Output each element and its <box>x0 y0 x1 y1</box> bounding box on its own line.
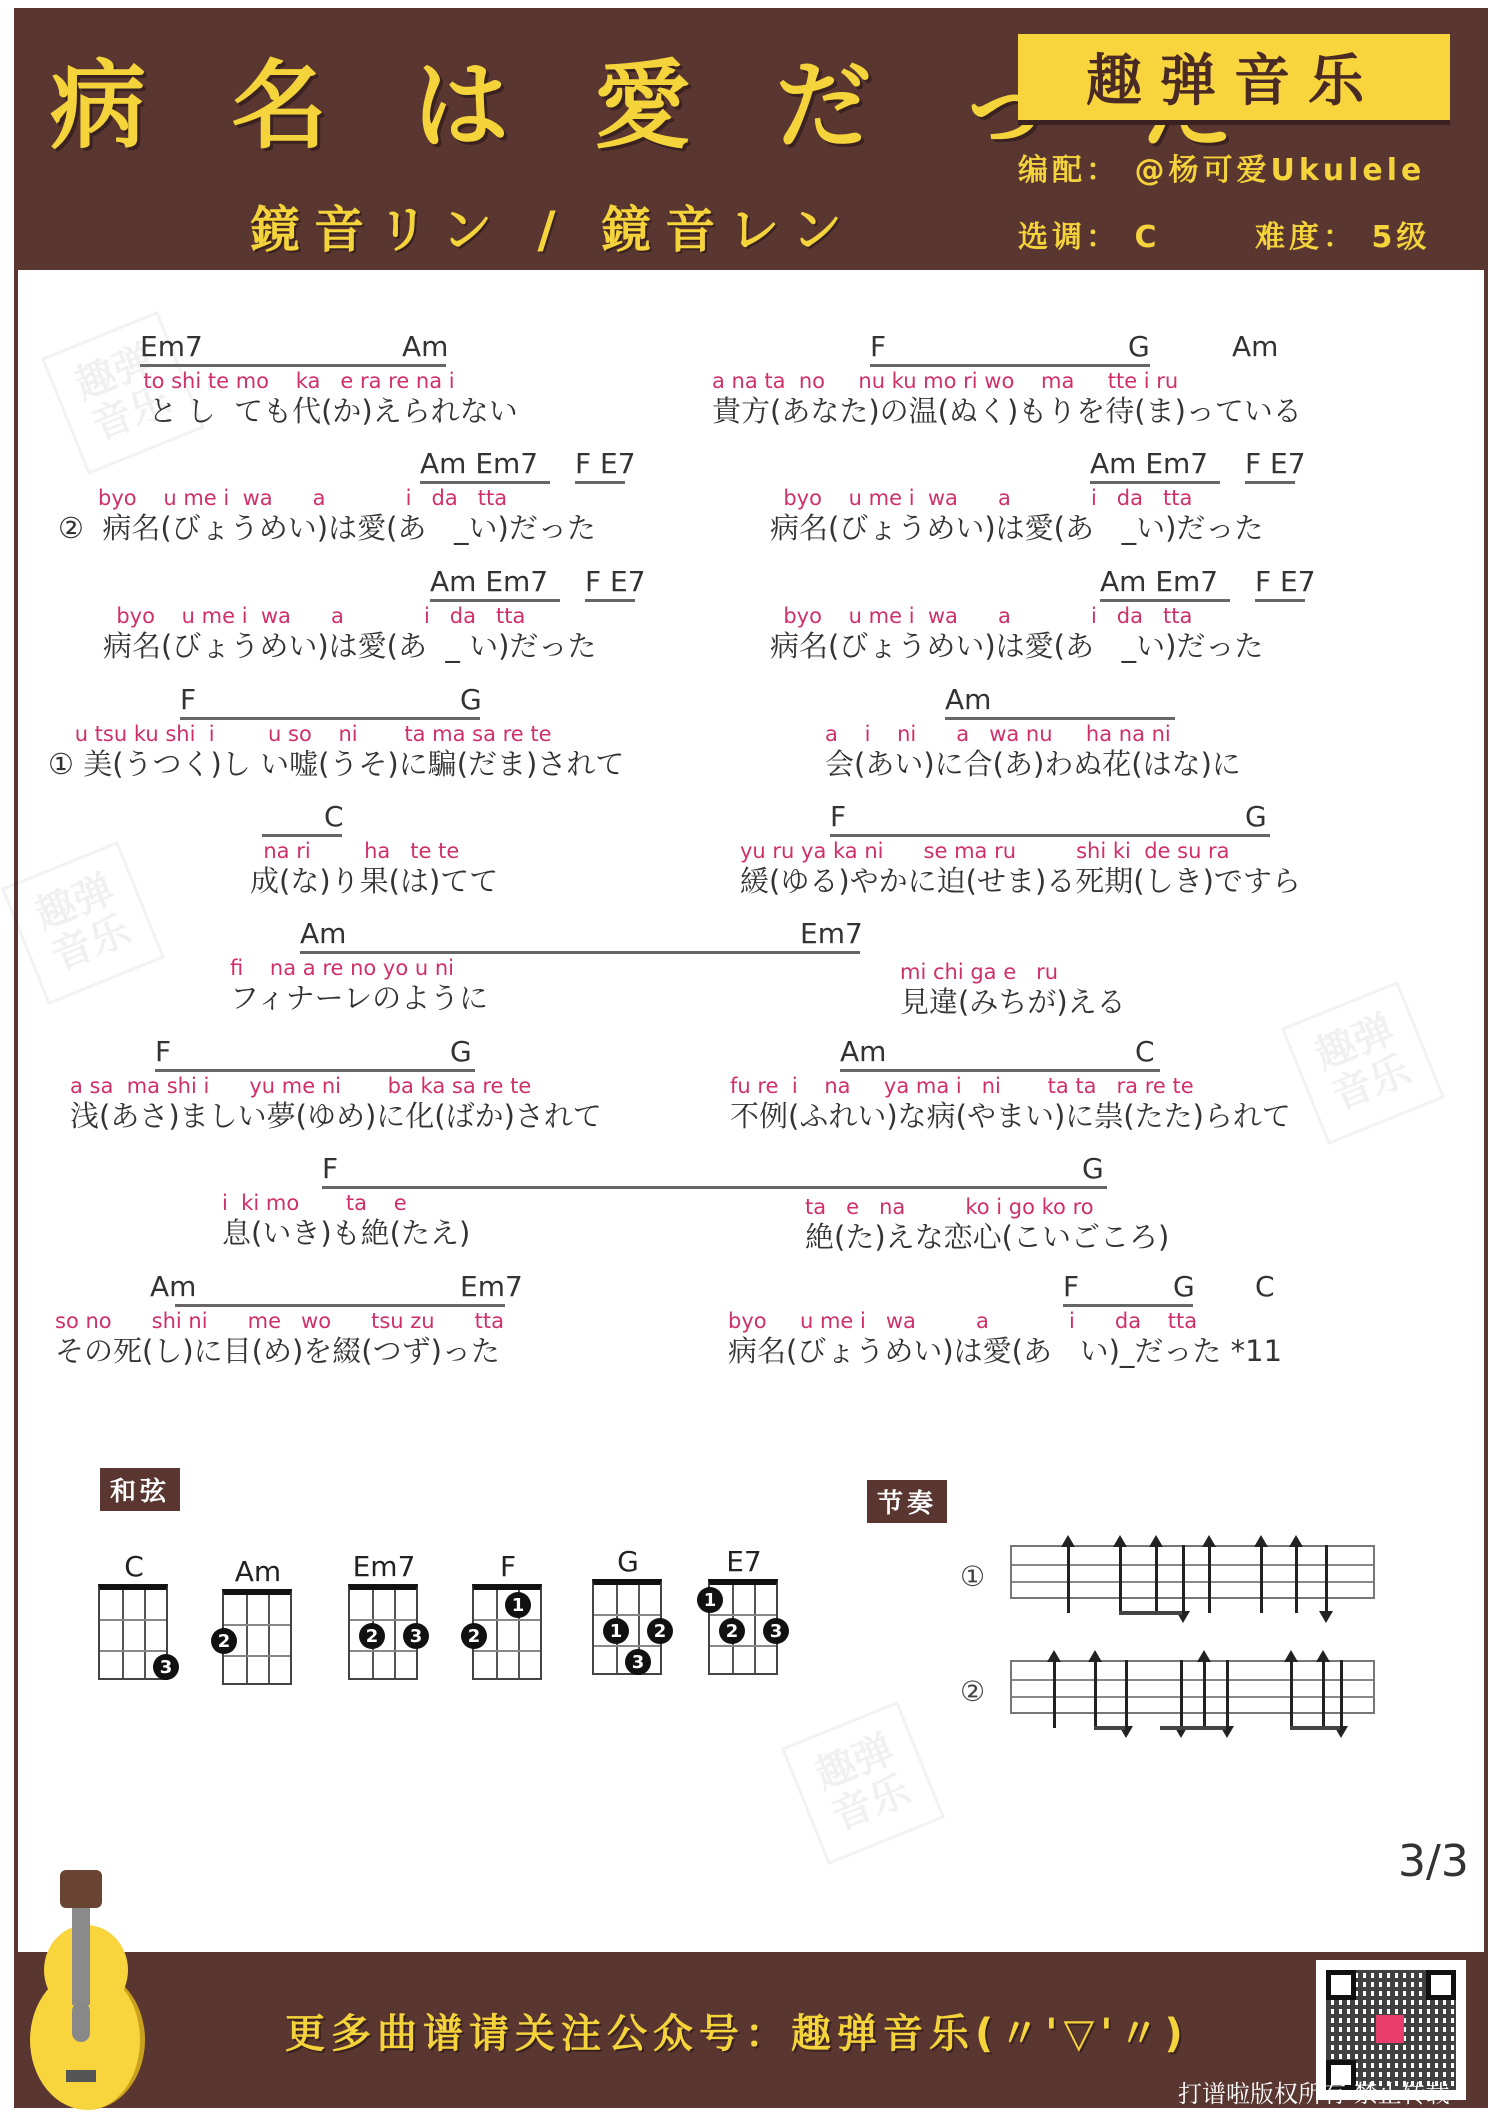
string-line <box>496 1590 498 1678</box>
chord-symbol: C <box>1135 1035 1155 1068</box>
string-line <box>144 1590 146 1678</box>
chord-row: Am Em7F E7 <box>1090 447 1263 481</box>
finger-dot: 3 <box>153 1654 179 1680</box>
lyric-line: Em7Am to shi te mo ka e ra re na i と し て… <box>130 330 518 428</box>
chord-symbol: Em7 <box>800 917 863 950</box>
fret-line <box>594 1614 660 1616</box>
lyric-line: FGCbyo u me i wa a i da tta病名(びょうめい)は愛(あ… <box>728 1270 1282 1368</box>
strum-up-arrow-icon <box>1094 1660 1097 1728</box>
string-line <box>246 1595 248 1683</box>
romaji-text: na ri ha te te <box>250 838 498 864</box>
chord-row: FGAm <box>870 330 1302 364</box>
lyric-text: 絶(た)えな恋心(こいごころ) <box>805 1220 1169 1254</box>
fretboard-grid: 123 <box>708 1579 778 1675</box>
romaji-text: byo u me i wa a i da tta <box>770 603 1263 629</box>
chord-row: FGC <box>1063 1270 1282 1304</box>
chord-symbol: C <box>1255 1270 1275 1303</box>
fretboard-grid: 123 <box>592 1579 662 1675</box>
chord-diagram-em7: Em723 <box>348 1550 420 1680</box>
lyric-text: 不例(ふれい)な病(やまい)に祟(たた)られて <box>730 1099 1291 1133</box>
finger-dot: 1 <box>697 1587 723 1613</box>
lyric-line: FG u tsu ku shi i u so ni ta ma sa re te… <box>48 683 624 781</box>
chord-row: C <box>262 800 498 834</box>
strum-down-arrow-icon <box>1226 1660 1229 1728</box>
chord-duration-line <box>300 951 860 954</box>
romaji-text: a sa ma shi i yu me ni ba ka sa re te <box>70 1073 602 1099</box>
strum-up-arrow-icon <box>1208 1545 1211 1613</box>
qr-finder <box>1426 1970 1456 2000</box>
chord-symbol: F E7 <box>585 565 646 598</box>
chord-row: Am Em7F E7 <box>420 447 596 481</box>
chord-duration-line <box>420 481 550 484</box>
strum-down-arrow-icon <box>1340 1660 1343 1728</box>
chord-row: FG <box>180 683 624 717</box>
string-line <box>754 1585 756 1673</box>
strum-up-arrow-icon <box>1260 1545 1263 1613</box>
chord-symbol: G <box>1128 330 1150 363</box>
romaji-text: i ki mo ta e <box>222 1190 470 1216</box>
strum-up-arrow-icon <box>1119 1545 1122 1613</box>
lyric-text: その死(し)に目(め)を綴(つず)った <box>55 1334 504 1368</box>
lyric-text: 会(あい)に合(あ)わぬ花(はな)に <box>825 747 1241 781</box>
romaji-text: mi chi ga e ru <box>900 959 1126 985</box>
chord-diagram-name: E7 <box>708 1545 780 1579</box>
fretboard-grid: 12 <box>472 1584 542 1680</box>
chord-diagram-f: F12 <box>472 1550 544 1680</box>
arranger-info: 编配： @杨可爱Ukulele <box>1018 145 1425 189</box>
chord-symbol: F <box>322 1152 338 1185</box>
lyric-text: ② 病名(びょうめい)は愛(あ _い)だった <box>58 511 596 545</box>
romaji-text: fu re i na ya ma i ni ta ta ra re te <box>730 1073 1291 1099</box>
lyric-text: 見違(みちが)える <box>900 985 1126 1019</box>
chord-duration-line <box>585 599 635 602</box>
chord-symbol: F E7 <box>575 447 636 480</box>
fretboard-grid: 2 <box>222 1589 292 1685</box>
strum-pattern-number: ② <box>960 1675 985 1708</box>
artist-name: 鏡音リン / 鏡音レン <box>250 190 856 262</box>
strum-down-arrow-icon <box>1325 1545 1328 1613</box>
lyric-text: 息(いき)も絶(たえ) <box>222 1216 470 1250</box>
string-line <box>394 1590 396 1678</box>
chord-duration-line <box>262 834 342 837</box>
chord-symbol: F <box>1063 1270 1079 1303</box>
chord-diagram-c: C3 <box>98 1550 170 1680</box>
string-line <box>122 1590 124 1678</box>
rhythm-section-label: 节奏 <box>867 1480 947 1523</box>
romaji-text: byo u me i wa a i da tta <box>103 603 596 629</box>
romaji-text: a na ta no nu ku mo ri wo ma tte i ru <box>712 368 1302 394</box>
chord-row: FG <box>322 1152 470 1186</box>
romaji-text: so no shi ni me wo tsu zu tta <box>55 1308 504 1334</box>
chord-duration-line <box>945 717 1175 720</box>
strum-up-arrow-icon <box>1322 1660 1325 1728</box>
lyric-text: 病名(びょうめい)は愛(あ _い)だった <box>770 511 1263 545</box>
chord-duration-line <box>175 1304 505 1307</box>
romaji-text: fi na a re no yo u ni <box>230 955 488 981</box>
ukulele-bridge <box>66 2070 96 2082</box>
strum-down-arrow-icon <box>1180 1660 1183 1728</box>
chord-diagram-name: C <box>98 1550 170 1584</box>
romaji-text: u tsu ku shi i u so ni ta ma sa re te <box>48 721 624 747</box>
copyright-notice: 打谱啦版权所有 禁止转载 <box>1178 2074 1450 2109</box>
chord-duration-line <box>1100 599 1230 602</box>
strum-up-arrow-icon <box>1067 1545 1070 1613</box>
strum-pattern-number: ① <box>960 1560 985 1593</box>
chord-symbol: F <box>155 1035 171 1068</box>
chord-symbol: Am Em7 <box>430 565 548 598</box>
staff-line <box>1012 1696 1373 1698</box>
romaji-text: a i ni a wa nu ha na ni <box>825 721 1241 747</box>
chord-row: AmEm7 <box>300 917 488 951</box>
difficulty-value: 5级 <box>1371 220 1430 255</box>
note-beam <box>1160 1726 1226 1730</box>
finger-dot: 1 <box>505 1592 531 1618</box>
lyric-line: Am Em7F E7 byo u me i wa a i da tta病名(びょ… <box>770 565 1263 663</box>
lyric-text: フィナーレのように <box>230 981 488 1015</box>
lyric-text: 緩(ゆる)やかに迫(せま)る死期(しき)ですら <box>740 864 1301 898</box>
chords-section-label: 和弦 <box>100 1468 180 1511</box>
romaji-text: byo u me i wa a i da tta <box>728 1308 1282 1334</box>
strum-staff <box>1010 1545 1375 1599</box>
fret-line <box>350 1619 416 1621</box>
lyric-line: AmEm7fi na a re no yo u niフィナーレのように <box>230 917 488 1015</box>
strum-up-arrow-icon <box>1053 1660 1056 1728</box>
chord-symbol: Am <box>402 330 448 363</box>
lyric-line: FGi ki mo ta e息(いき)も絶(たえ) <box>222 1152 470 1250</box>
finger-dot: 3 <box>763 1618 789 1644</box>
chord-row: FG <box>830 800 1301 834</box>
romaji-text: yu ru ya ka ni se ma ru shi ki de su ra <box>740 838 1301 864</box>
lyric-text: 病名(びょうめい)は愛(あ _ い)だった <box>103 629 596 663</box>
arranger-value: @杨可爱Ukulele <box>1134 153 1425 188</box>
chord-diagram-name: G <box>592 1545 664 1579</box>
chord-symbol: Em7 <box>460 1270 523 1303</box>
fret-line <box>224 1655 290 1657</box>
chord-symbol: Am <box>945 683 991 716</box>
chord-symbol: Am <box>840 1035 886 1068</box>
chord-duration-line <box>1255 599 1305 602</box>
chord-row: Am Em7F E7 <box>1100 565 1263 599</box>
chord-symbol: F E7 <box>1255 565 1316 598</box>
lyric-line: FGa sa ma shi i yu me ni ba ka sa re te浅… <box>70 1035 602 1133</box>
lyric-line: FGyu ru ya ka ni se ma ru shi ki de su r… <box>740 800 1301 898</box>
lyric-text: 病名(びょうめい)は愛(あ い)_だった *11 <box>728 1334 1282 1368</box>
finger-dot: 2 <box>647 1618 673 1644</box>
chord-duration-line <box>180 717 480 720</box>
chord-duration-line <box>140 364 446 367</box>
strum-up-arrow-icon <box>1290 1660 1293 1728</box>
strum-down-arrow-icon <box>1182 1545 1185 1613</box>
chord-symbol: G <box>460 683 482 716</box>
difficulty-label: 难度： <box>1255 220 1357 255</box>
strum-down-arrow-icon <box>1125 1660 1128 1728</box>
chord-symbol: Am <box>150 1270 196 1303</box>
lyric-line-continuation: ta e na ko i go ko ro絶(た)えな恋心(こいごころ) <box>805 1190 1169 1254</box>
fret-line <box>474 1619 540 1621</box>
chord-symbol: Am Em7 <box>420 447 538 480</box>
chord-row: AmC <box>840 1035 1291 1069</box>
chord-row: Am Em7F E7 <box>430 565 596 599</box>
chord-duration-line <box>1063 1304 1193 1307</box>
note-beam <box>1290 1726 1340 1730</box>
lyric-text: ① 美(うつく)し い嘘(うそ)に騙(だま)されて <box>48 747 624 781</box>
strum-up-arrow-icon <box>1155 1545 1158 1613</box>
chord-duration-line <box>430 599 560 602</box>
page-number: 3/3 <box>1398 1836 1469 1887</box>
chord-symbol: Am Em7 <box>1090 447 1208 480</box>
key-value: C <box>1134 220 1160 255</box>
key-label: 选调： <box>1018 220 1120 255</box>
difficulty-info: 难度： 5级 <box>1255 212 1430 256</box>
fretboard-grid: 23 <box>348 1584 418 1680</box>
chord-symbol: G <box>450 1035 472 1068</box>
romaji-text: byo u me i wa a i da tta <box>770 485 1263 511</box>
lyric-line: Ama i ni a wa nu ha na ni会(あい)に合(あ)わぬ花(は… <box>825 683 1241 781</box>
chord-symbol: G <box>1173 1270 1195 1303</box>
chord-duration-line <box>840 1069 1160 1072</box>
fret-line <box>100 1650 166 1652</box>
lyric-line: Am Em7F E7 byo u me i wa a i da tta病名(びょ… <box>103 565 596 663</box>
romaji-text: byo u me i wa a i da tta <box>58 485 596 511</box>
chord-diagram-name: Em7 <box>348 1550 420 1584</box>
fret-line <box>710 1614 776 1616</box>
string-line <box>268 1595 270 1683</box>
fret-line <box>594 1645 660 1647</box>
note-beam <box>1119 1611 1182 1615</box>
chord-symbol: Am <box>300 917 346 950</box>
key-info: 选调： C <box>1018 212 1160 256</box>
chord-symbol: F <box>870 330 886 363</box>
chord-row: FG <box>155 1035 602 1069</box>
lyric-text: と し ても代(か)えられない <box>130 394 518 428</box>
chord-diagram-name: F <box>472 1550 544 1584</box>
finger-dot: 2 <box>359 1623 385 1649</box>
chord-diagram-g: G123 <box>592 1545 664 1675</box>
lyric-line: Am Em7F E7 byo u me i wa a i da tta② 病名(… <box>58 447 596 545</box>
chord-symbol: G <box>1082 1152 1104 1185</box>
chord-duration-line <box>830 834 1270 837</box>
fretboard-grid: 3 <box>98 1584 168 1680</box>
lyric-text: 貴方(あなた)の温(ぬく)もりを待(ま)っている <box>712 394 1302 428</box>
chord-row: AmEm7 <box>150 1270 504 1304</box>
qr-logo <box>1376 2015 1404 2043</box>
fret-line <box>350 1650 416 1652</box>
chord-duration-line <box>1090 481 1220 484</box>
chord-row: Am <box>945 683 1241 717</box>
lyric-text: 浅(あさ)ましい夢(ゆめ)に化(ばか)されて <box>70 1099 602 1133</box>
chord-symbol: Am <box>1232 330 1278 363</box>
chord-symbol: F <box>830 800 846 833</box>
lyric-line: FGAma na ta no nu ku mo ri wo ma tte i r… <box>712 330 1302 428</box>
lyric-line: AmCfu re i na ya ma i ni ta ta ra re te不… <box>730 1035 1291 1133</box>
ukulele-headstock <box>60 1870 102 1908</box>
ukulele-soundhole <box>72 2002 90 2042</box>
chord-diagram-e7: E7123 <box>708 1545 780 1675</box>
fret-line <box>474 1650 540 1652</box>
chord-symbol: Am Em7 <box>1100 565 1218 598</box>
brand-logo: 趣弹音乐 <box>1018 34 1450 125</box>
lyric-text: 成(な)り果(は)てて <box>250 864 498 898</box>
qr-finder <box>1326 1970 1356 2000</box>
fret-line <box>224 1624 290 1626</box>
chord-symbol: G <box>1245 800 1267 833</box>
lyric-line: Am Em7F E7 byo u me i wa a i da tta病名(びょ… <box>770 447 1263 545</box>
strum-up-arrow-icon <box>1295 1545 1298 1613</box>
finger-dot: 3 <box>625 1649 651 1675</box>
chord-duration-line <box>575 481 625 484</box>
lyric-text: 病名(びょうめい)は愛(あ _い)だった <box>770 629 1263 663</box>
chord-duration-line <box>870 364 1150 367</box>
staff-line <box>1012 1679 1373 1681</box>
chord-duration-line <box>1245 481 1295 484</box>
chord-symbol: F <box>180 683 196 716</box>
lyric-line-continuation: mi chi ga e ru見違(みちが)える <box>900 955 1126 1019</box>
chord-diagram-am: Am2 <box>222 1555 294 1685</box>
strum-staff <box>1010 1660 1375 1714</box>
fret-line <box>100 1619 166 1621</box>
note-beam <box>1094 1726 1125 1730</box>
lyric-line: AmEm7so no shi ni me wo tsu zu ttaその死(し)… <box>55 1270 504 1368</box>
chord-symbol: F E7 <box>1245 447 1306 480</box>
finger-dot: 2 <box>461 1623 487 1649</box>
finger-dot: 2 <box>211 1628 237 1654</box>
romaji-text: ta e na ko i go ko ro <box>805 1194 1169 1220</box>
lyric-line: C na ri ha te te成(な)り果(は)てて <box>250 800 498 898</box>
finger-dot: 2 <box>719 1618 745 1644</box>
chord-duration-line <box>322 1186 1107 1189</box>
chord-symbol: C <box>324 800 344 833</box>
chord-diagram-name: Am <box>222 1555 294 1589</box>
chord-symbol: Em7 <box>140 330 203 363</box>
finger-dot: 1 <box>603 1618 629 1644</box>
chord-row: Em7Am <box>140 330 518 364</box>
chord-duration-line <box>155 1069 475 1072</box>
romaji-text: to shi te mo ka e ra re na i <box>130 368 518 394</box>
arranger-label: 编配： <box>1018 153 1120 188</box>
strum-up-arrow-icon <box>1203 1660 1206 1728</box>
footer-follow-text: 更多曲谱请关注公众号：趣弹音乐(〃'▽'〃) <box>285 2002 1189 2059</box>
finger-dot: 3 <box>403 1623 429 1649</box>
fret-line <box>710 1645 776 1647</box>
